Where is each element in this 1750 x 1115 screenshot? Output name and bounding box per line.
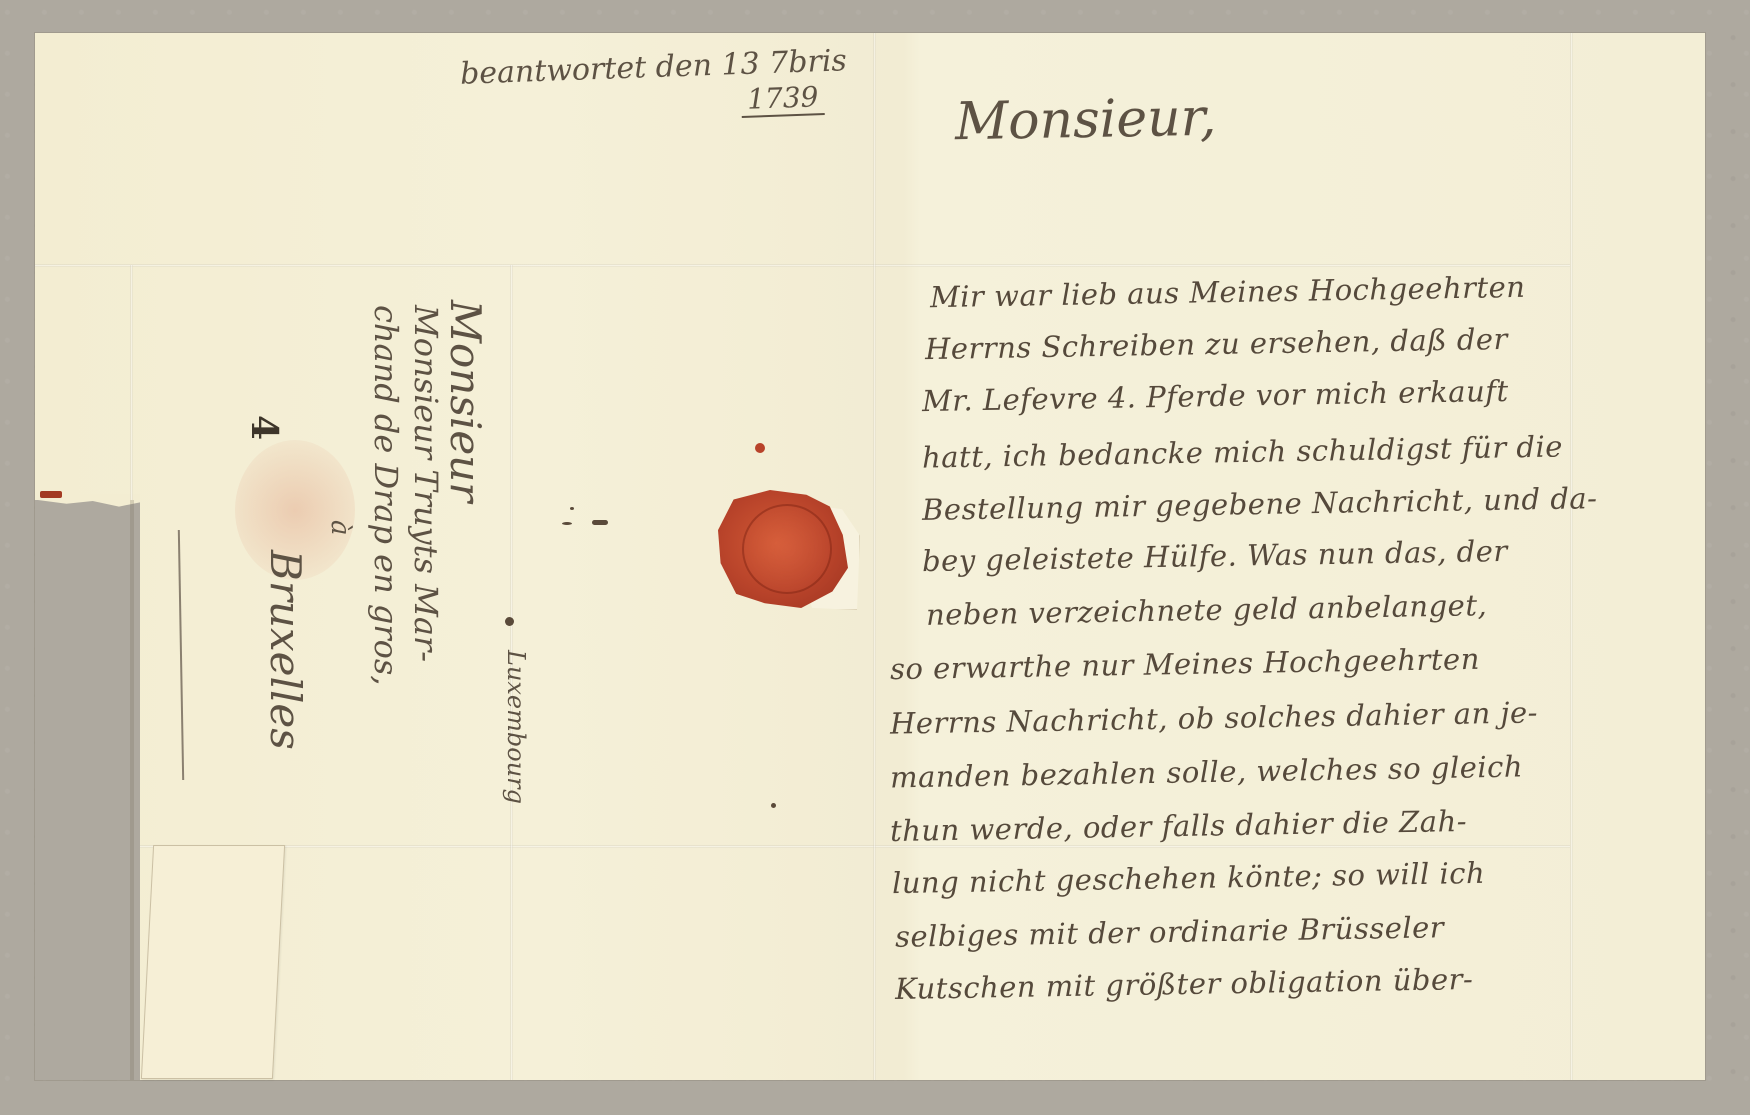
address-line: à bbox=[325, 520, 355, 536]
ink-speck bbox=[505, 617, 514, 626]
address-line: chand de Drap en gros, bbox=[367, 305, 405, 686]
address-line: Bruxelles bbox=[261, 550, 310, 750]
ink-speck bbox=[771, 803, 776, 808]
folded-flap bbox=[141, 845, 285, 1079]
address-side-note: Luxembourg bbox=[502, 650, 530, 804]
address-panel: Monsieur Monsieur Truyts Mar- chand de D… bbox=[205, 300, 625, 860]
ink-speck bbox=[570, 507, 574, 510]
torn-corner-gap bbox=[35, 500, 140, 1080]
fold-line-horizontal-top bbox=[35, 264, 1570, 267]
salutation: Monsieur, bbox=[954, 88, 1216, 153]
address-line: Monsieur bbox=[441, 300, 490, 502]
wax-seal bbox=[718, 490, 850, 608]
postage-mark: 4 bbox=[243, 415, 285, 440]
wax-remnant bbox=[40, 491, 62, 498]
ink-speck bbox=[592, 520, 608, 525]
wax-drop bbox=[755, 443, 765, 453]
ink-speck bbox=[562, 522, 572, 525]
fold-line-right bbox=[1570, 33, 1573, 1080]
fold-line-center bbox=[873, 33, 876, 1080]
fold-line-left bbox=[130, 265, 133, 500]
paper-edge bbox=[130, 500, 134, 1080]
seal-impression bbox=[742, 504, 832, 594]
annotation-year: 1739 bbox=[741, 80, 825, 118]
address-line: Monsieur Truyts Mar- bbox=[407, 305, 445, 662]
